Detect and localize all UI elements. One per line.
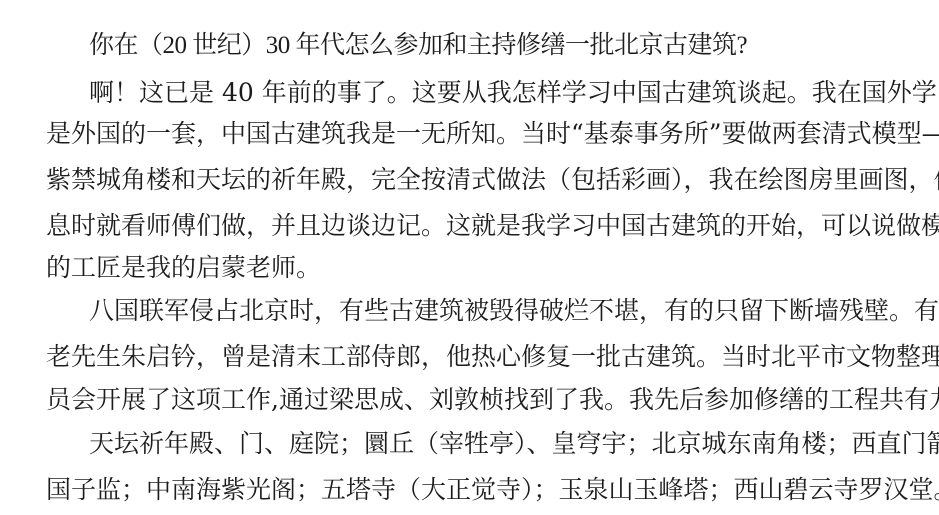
paragraph-1-line-5: 的工匠是我的启蒙老师。 bbox=[46, 246, 861, 290]
paragraph-1-line-4: 息时就看师傅们做，并且边谈边记。这就是我学习中国古建筑的开始，可以说做模型 bbox=[46, 204, 861, 248]
paragraph-3-line-2: 国子监；中南海紫光阁；五塔寺（大正觉寺）；玉泉山玉峰塔；西山碧云寺罗汉堂。 bbox=[46, 468, 861, 512]
document-page: 你在（20 世纪）30 年代怎么参加和主持修缮一批北京古建筑? 啊！这已是 40… bbox=[0, 0, 939, 515]
paragraph-2-line-3: 员会开展了这项工作,通过梁思成、刘敦桢找到了我。我先后参加修缮的工程共有九处。 bbox=[46, 378, 861, 422]
paragraph-3-line-1: 天坛祈年殿、门、庭院；圜丘（宰牲亭）、皇穹宇；北京城东南角楼；西直门箭楼； bbox=[89, 422, 861, 466]
paragraph-2-line-2: 老先生朱启钤，曾是清末工部侍郎，他热心修复一批古建筑。当时北平市文物整理委 bbox=[46, 335, 861, 379]
paragraph-1-line-2: 是外国的一套，中国古建筑我是一无所知。当时“基泰事务所”要做两套清式模型—— bbox=[46, 112, 861, 156]
paragraph-2-line-1: 八国联军侵占北京时，有些古建筑被毁得破烂不堪，有的只留下断墙残壁。有位 bbox=[89, 289, 861, 333]
paragraph-1-line-1: 啊！这已是 40 年前的事了。这要从我怎样学习中国古建筑谈起。我在国外学的 bbox=[89, 71, 861, 115]
question-line: 你在（20 世纪）30 年代怎么参加和主持修缮一批北京古建筑? bbox=[89, 24, 861, 68]
paragraph-1-line-3: 紫禁城角楼和天坛的祈年殿，完全按清式做法（包括彩画），我在绘图房里画图，休 bbox=[46, 158, 861, 202]
